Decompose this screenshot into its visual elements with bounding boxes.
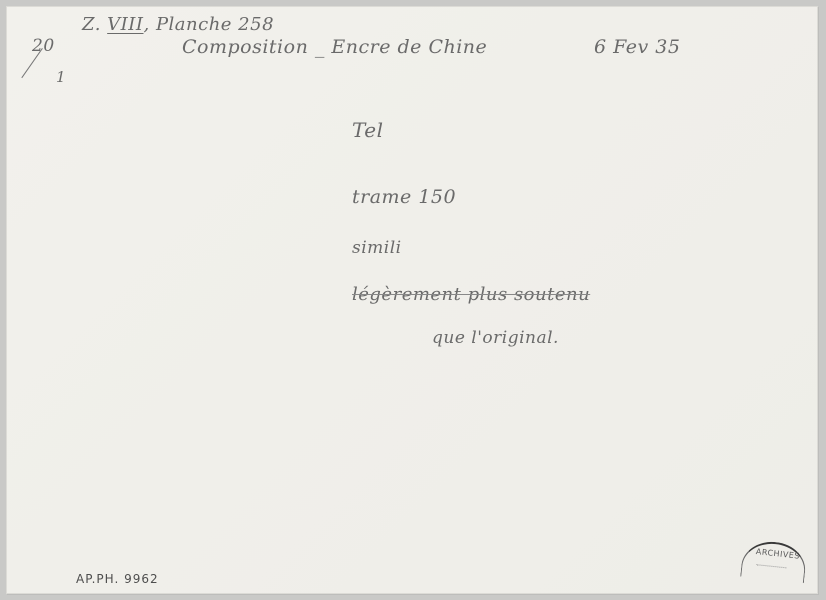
note-line-2: trame 150 — [352, 186, 456, 208]
note-line-4-text: légèrement plus soutenu — [352, 284, 590, 305]
header-date: 6 Fev 35 — [594, 36, 680, 58]
fraction-numerator: 20 — [32, 36, 55, 56]
note-line-3: simili — [352, 238, 402, 258]
scanned-document: 20 1 Z. VIII, Planche 258 Composition _ … — [0, 0, 826, 600]
plate-number: , Planche 258 — [144, 14, 275, 35]
note-line-1: Tel — [352, 118, 384, 142]
archive-stamp: ARCHIVES — [740, 539, 808, 583]
fraction-denominator: 1 — [56, 68, 66, 86]
note-line-4: légèrement plus soutenu — [352, 284, 590, 305]
archive-reference: AP.PH. 9962 — [76, 572, 159, 586]
header-line-2: Composition _ Encre de Chine — [182, 36, 487, 58]
header-line-1: Z. VIII, Planche 258 — [82, 14, 274, 35]
volume-roman: VIII — [107, 14, 143, 35]
stamp-text: ARCHIVES — [755, 547, 800, 561]
paper-sheet: 20 1 Z. VIII, Planche 258 Composition _ … — [6, 6, 818, 594]
note-line-5: que l'original. — [432, 328, 559, 348]
fraction-mark: 20 1 — [32, 36, 72, 86]
stamp-dots — [756, 564, 786, 570]
volume-prefix: Z. — [82, 14, 101, 35]
